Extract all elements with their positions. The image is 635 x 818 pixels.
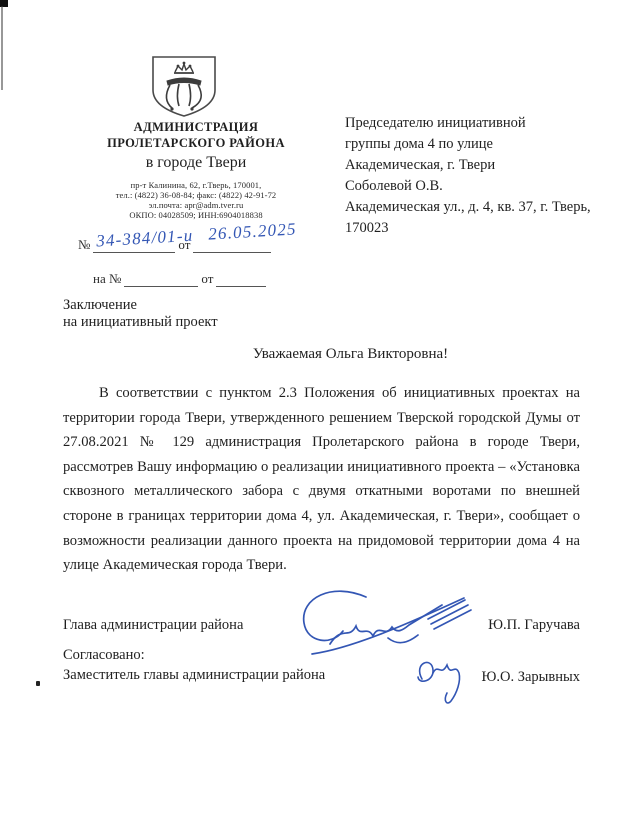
recipient-line: Соболевой О.В. [345, 176, 605, 197]
org-name-line1: АДМИНИСТРАЦИЯ [60, 120, 332, 136]
deputy-signature-ink [405, 651, 477, 707]
deputy-signature-title: Заместитель главы администрации района [63, 667, 325, 684]
handwritten-ref-date: 26.05.2025 [208, 219, 298, 244]
reply-date-blank [216, 274, 266, 287]
contact-address: пр-т Калинина, 62, г.Тверь, 170001, [60, 180, 332, 190]
subject-line2: на инициативный проект [63, 314, 218, 331]
reply-number-blank [124, 274, 198, 287]
contact-email: эл.почта: apr@adm.tver.ru [60, 200, 332, 210]
subject-line1: Заключение [63, 297, 218, 314]
deputy-signature-name: Ю.О. Зарывных [481, 669, 580, 686]
reply-number-label: на № [93, 271, 121, 286]
recipient-line: Академическая, г. Твери [345, 155, 605, 176]
org-name-line3: в городе Твери [60, 153, 332, 173]
org-contact-info: пр-т Калинина, 62, г.Тверь, 170001, тел.… [60, 180, 332, 220]
tver-coat-of-arms-icon [150, 55, 218, 118]
recipient-block: Председателю инициативной группы дома 4 … [345, 113, 605, 239]
salutation: Уважаемая Ольга Викторовна! [63, 346, 580, 363]
recipient-line: группы дома 4 по улице [345, 134, 605, 155]
reply-from-label: от [201, 271, 213, 286]
ref-number-label: № [78, 237, 90, 252]
recipient-line: 170023 [345, 218, 605, 239]
contact-phone-fax: тел.: (4822) 36-08-84; факс: (4822) 42-9… [60, 190, 332, 200]
contact-okpo-inn: ОКПО: 04028509; ИНН:6904018838 [60, 210, 332, 220]
head-signature-title: Глава администрации района [63, 617, 243, 634]
scanned-letter-page: АДМИНИСТРАЦИЯ ПРОЛЕТАРСКОГО РАЙОНА в гор… [0, 0, 635, 818]
recipient-line: Председателю инициативной [345, 113, 605, 134]
reply-ref-row: на №от [93, 271, 269, 287]
scan-edge-artifact [1, 6, 3, 90]
subject-block: Заключение на инициативный проект [63, 297, 218, 331]
approved-label: Согласовано: [63, 647, 145, 664]
recipient-line: Академическая ул., д. 4, кв. 37, г. Твер… [345, 197, 605, 218]
head-signature-name: Ю.П. Гаручава [488, 617, 580, 634]
ink-speck-artifact [36, 681, 40, 686]
body-paragraph: В соответствии с пунктом 2.3 Положения о… [63, 381, 580, 578]
letterhead: АДМИНИСТРАЦИЯ ПРОЛЕТАРСКОГО РАЙОНА в гор… [60, 120, 332, 220]
org-name-line2: ПРОЛЕТАРСКОГО РАЙОНА [60, 136, 332, 152]
